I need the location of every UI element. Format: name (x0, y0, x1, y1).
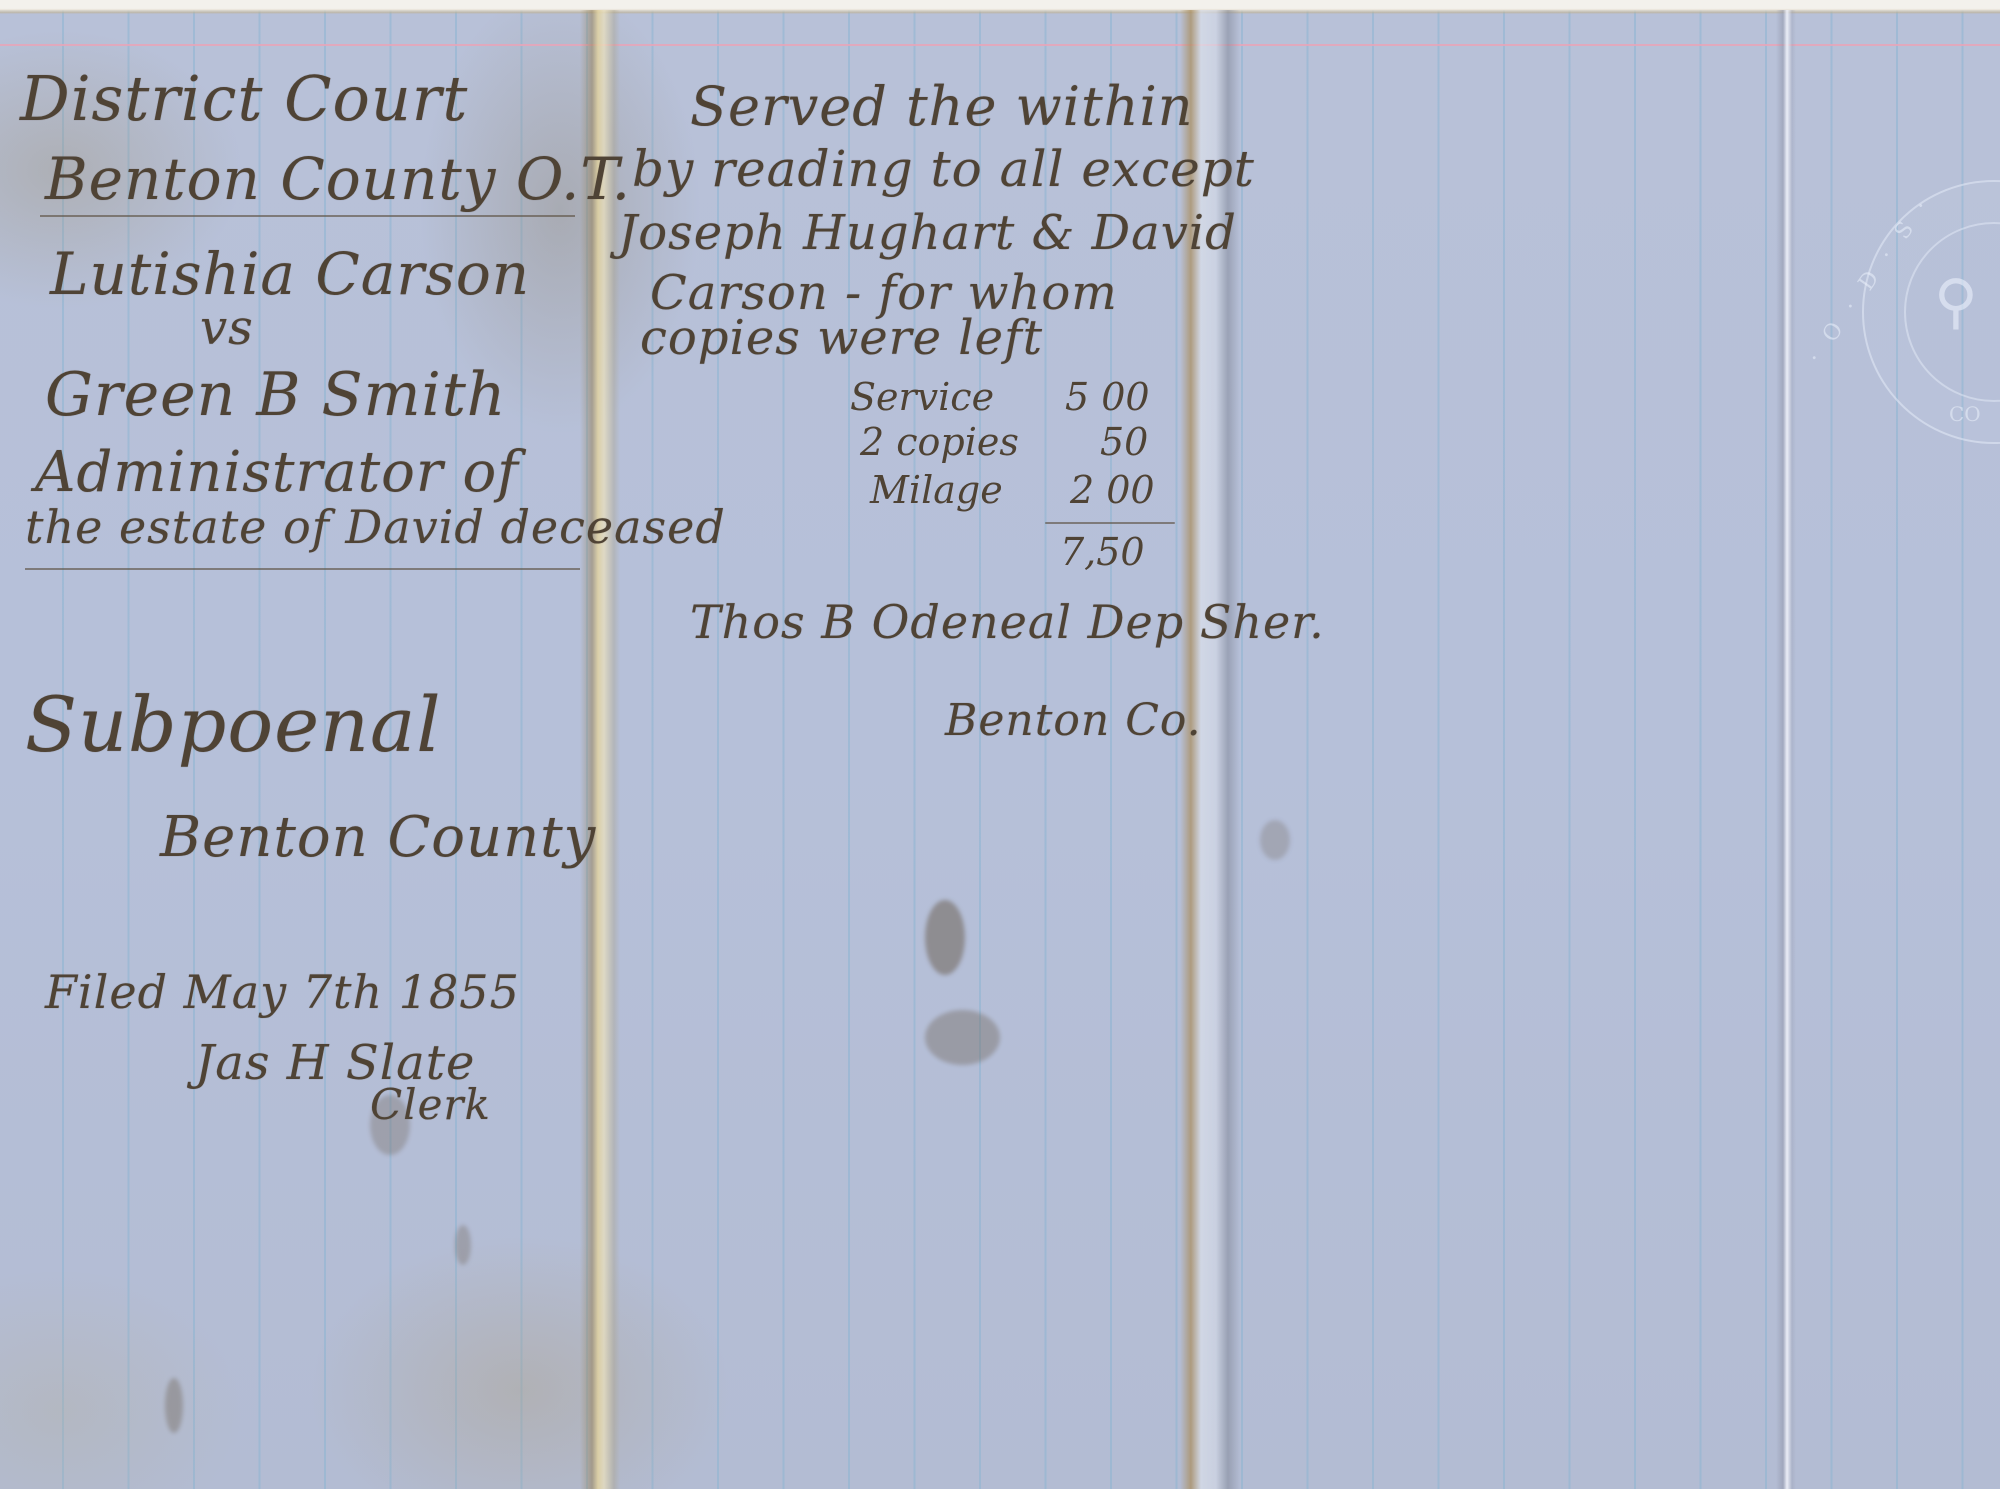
return-line: Joseph Hughart & David (618, 205, 1237, 261)
fee-label: Milage (870, 468, 1003, 512)
fee-amount: 5 00 (1065, 375, 1150, 419)
divider-line (25, 568, 580, 570)
filed-date: Filed May 7th 1855 (45, 965, 520, 1019)
plaintiff-name: Lutishia Carson (50, 240, 530, 308)
document-title: Subpoenal (25, 680, 442, 769)
ink-smudge (165, 1378, 183, 1433)
ink-smudge (925, 900, 965, 975)
fee-amount: 2 00 (1070, 468, 1155, 512)
county-name: Benton County O.T. (45, 145, 631, 213)
red-margin-line (0, 44, 2000, 46)
fee-label: 2 copies (860, 420, 1019, 464)
seal-bottom-text: CO (1949, 402, 1981, 426)
court-name: District Court (20, 62, 468, 135)
issuing-county: Benton County (160, 805, 596, 870)
torn-top-edge (0, 0, 2000, 14)
seal-anchor-icon: ⚲ (1934, 267, 1978, 337)
defendant-name: Green B Smith (45, 360, 506, 430)
versus-label: vs (200, 300, 254, 356)
ink-smudge (925, 1010, 1000, 1065)
return-line: Served the within (690, 75, 1194, 138)
estate-line: the estate of David deceased (25, 500, 726, 554)
total-rule (1045, 522, 1175, 524)
fold-crease-3 (1776, 10, 1796, 1489)
ink-smudge (1260, 820, 1290, 860)
return-line: by reading to all except (632, 140, 1255, 198)
sheriff-county: Benton Co. (945, 695, 1202, 746)
defendant-role: Administrator of (35, 440, 519, 505)
clerk-title: Clerk (370, 1080, 491, 1129)
fee-label: Service (850, 375, 994, 419)
sheriff-signature: Thos B Odeneal Dep Sher. (690, 595, 1325, 649)
fee-amount: 50 (1100, 420, 1148, 464)
ink-smudge (455, 1225, 471, 1265)
fee-total: 7,50 (1060, 530, 1145, 574)
return-line: copies were left (640, 310, 1043, 366)
fold-crease-1 (580, 10, 620, 1489)
divider-line (40, 215, 575, 217)
